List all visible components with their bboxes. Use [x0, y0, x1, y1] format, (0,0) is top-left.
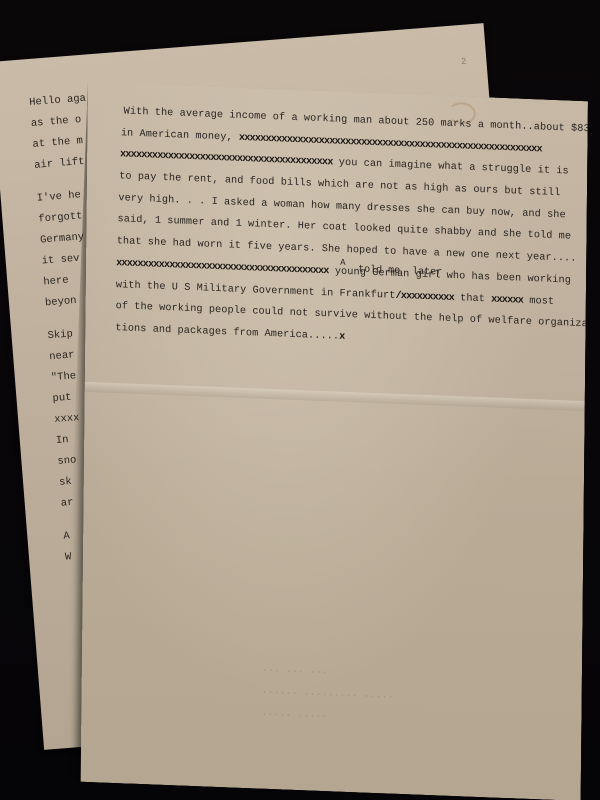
typed-text: tions and packages from America..... [115, 323, 339, 343]
typed-text: that [454, 293, 491, 305]
typed-text: in American money, [121, 128, 239, 144]
typed-text: most [523, 295, 554, 307]
page-number: 2 [461, 57, 467, 67]
bleed-through-text: ... ... ......... ......... .......... .… [261, 659, 394, 730]
struck-out-text: xxxxxxxxxxxxxxxxxxxxxxxxxxxxxxxxxxxxxxxx [116, 258, 329, 277]
front-letter-page: With the average income of a working man… [81, 82, 588, 800]
typed-body: With the average income of a working man… [115, 101, 596, 358]
struck-out-text: xxxxxxxxxxxxxxxxxxxxxxxxxxxxxxxxxxxxxxxx [120, 150, 333, 169]
photo-stage: 2 Hello agaas the oat the mair liftI've … [0, 0, 600, 800]
struck-out-text: x [339, 332, 344, 343]
struck-out-text: /xxxxxxxxxx [395, 290, 454, 303]
insertion-caret: A [340, 258, 346, 268]
struck-out-text: xxxxxx [491, 294, 523, 306]
back-page-line: air lift [33, 151, 91, 176]
